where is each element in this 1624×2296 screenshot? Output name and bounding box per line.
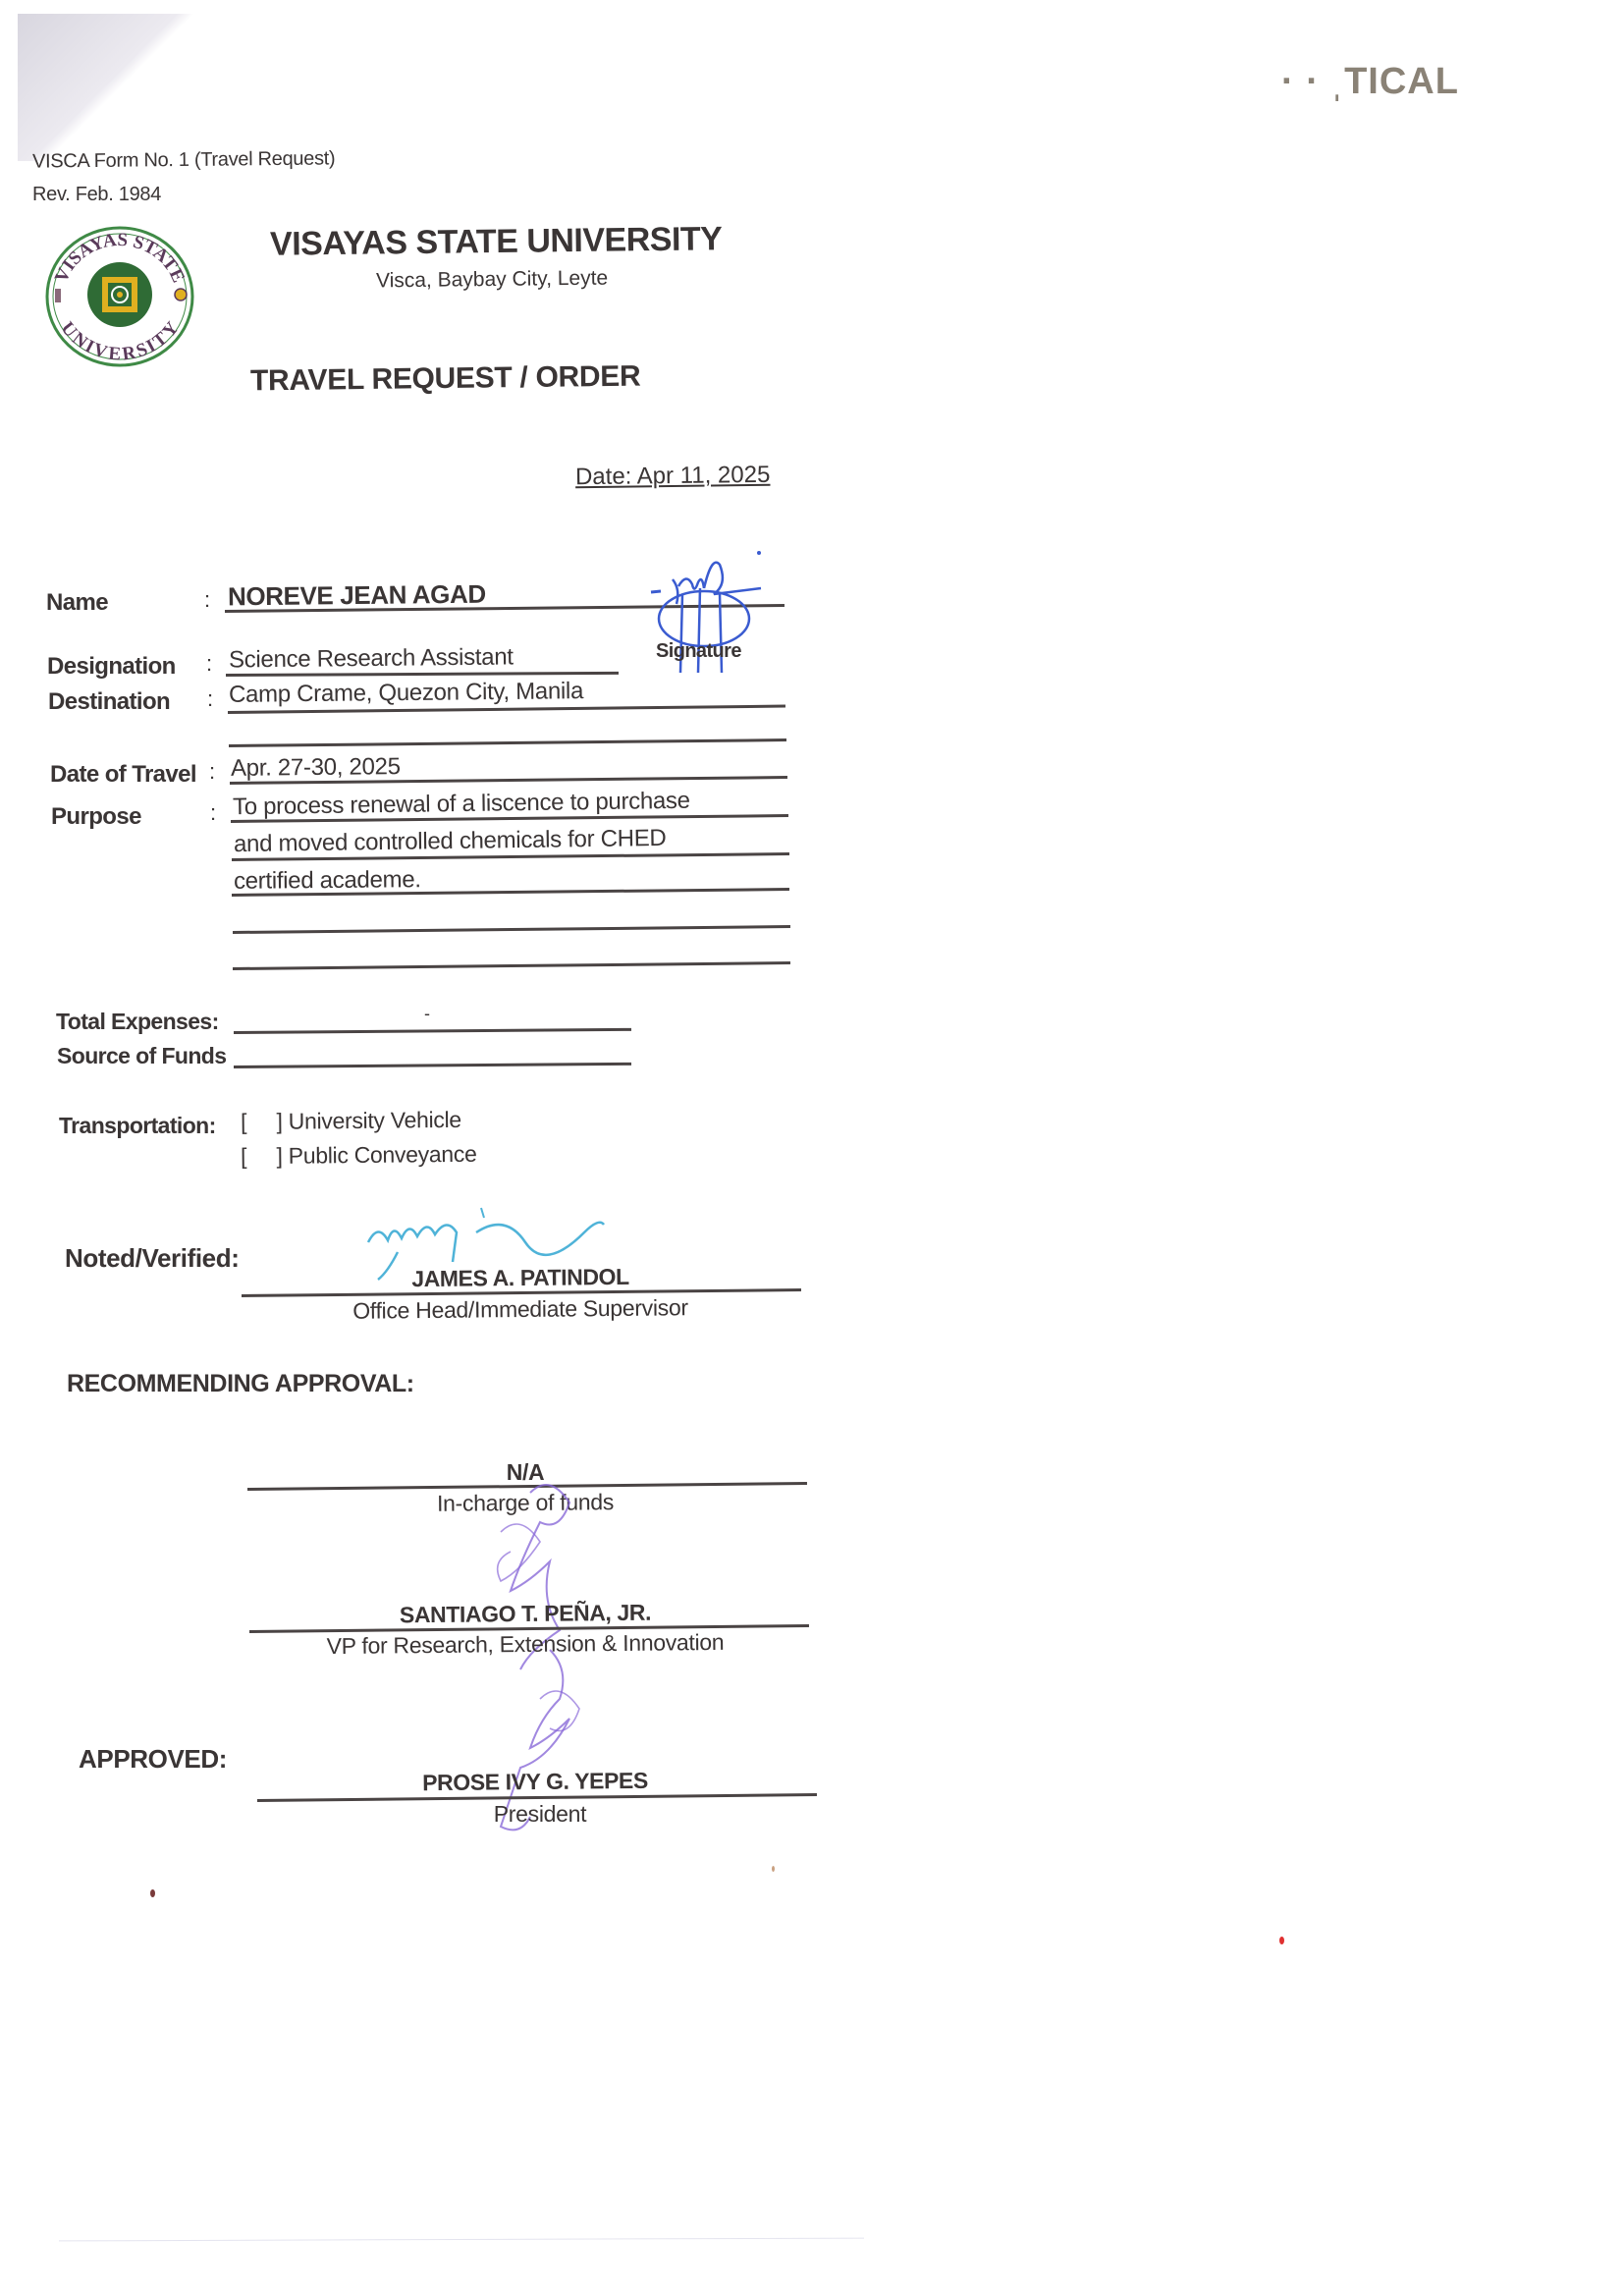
checkbox-public-conveyance[interactable]: [ ] Public Conveyance: [241, 1141, 477, 1171]
purpose-line-2: and moved controlled chemicals for CHED: [234, 825, 667, 858]
supervisor-role: Office Head/Immediate Supervisor: [241, 1293, 800, 1326]
scan-speck: [150, 1889, 155, 1897]
date-of-travel-label: Date of Travel: [50, 761, 196, 789]
vp-research-role: VP for Research, Extension & Innovation: [245, 1628, 805, 1661]
colon: :: [207, 686, 213, 712]
recommending-approval-label: RECOMMENDING APPROVAL:: [67, 1370, 414, 1398]
scan-speck: [1279, 1937, 1284, 1944]
purpose-underline-4: [233, 925, 790, 934]
noted-verified-label: Noted/Verified:: [65, 1243, 239, 1274]
scan-speck: [772, 1866, 775, 1872]
colon: :: [210, 800, 216, 826]
colon: :: [204, 587, 210, 613]
destination-underline-2: [229, 738, 786, 747]
total-expenses-value: -: [424, 1004, 430, 1024]
destination-value: Camp Crame, Quezon City, Manila: [229, 678, 583, 709]
destination-label: Destination: [48, 688, 170, 716]
form-number: VISCA Form No. 1 (Travel Request): [32, 147, 336, 173]
name-label: Name: [46, 589, 108, 617]
purpose-label: Purpose: [51, 803, 141, 831]
university-address: Visca, Baybay City, Leyte: [376, 267, 608, 294]
source-of-funds-underline: [234, 1063, 631, 1068]
stamp-fragment: · · ˌTICAL: [1281, 61, 1459, 103]
form-revision: Rev. Feb. 1984: [32, 184, 161, 206]
checkbox-university-vehicle[interactable]: [ ] University Vehicle: [241, 1107, 461, 1135]
university-name: VISAYAS STATE UNIVERSITY: [270, 220, 723, 264]
scan-streak: [59, 2238, 864, 2242]
total-expenses-label: Total Expenses:: [56, 1009, 219, 1035]
designation-value: Science Research Assistant: [229, 643, 514, 674]
approved-label: APPROVED:: [79, 1744, 227, 1775]
colon: :: [209, 759, 215, 785]
signature-label: Signature: [656, 640, 741, 663]
source-of-funds-label: Source of Funds: [57, 1043, 226, 1069]
total-expenses-underline: [234, 1028, 631, 1034]
scan-folded-corner: [18, 14, 224, 161]
university-seal-icon: VISAYAS STATE UNIVERSITY: [43, 224, 196, 369]
designation-label: Designation: [47, 653, 176, 681]
president-role: President: [260, 1801, 820, 1828]
transportation-label: Transportation:: [59, 1113, 216, 1139]
colon: :: [206, 651, 212, 677]
purpose-underline-5: [233, 961, 790, 970]
document-title: TRAVEL REQUEST / ORDER: [250, 360, 641, 399]
request-date: Date: Apr 11, 2025: [575, 462, 771, 491]
date-of-travel-value: Apr. 27-30, 2025: [231, 753, 401, 783]
